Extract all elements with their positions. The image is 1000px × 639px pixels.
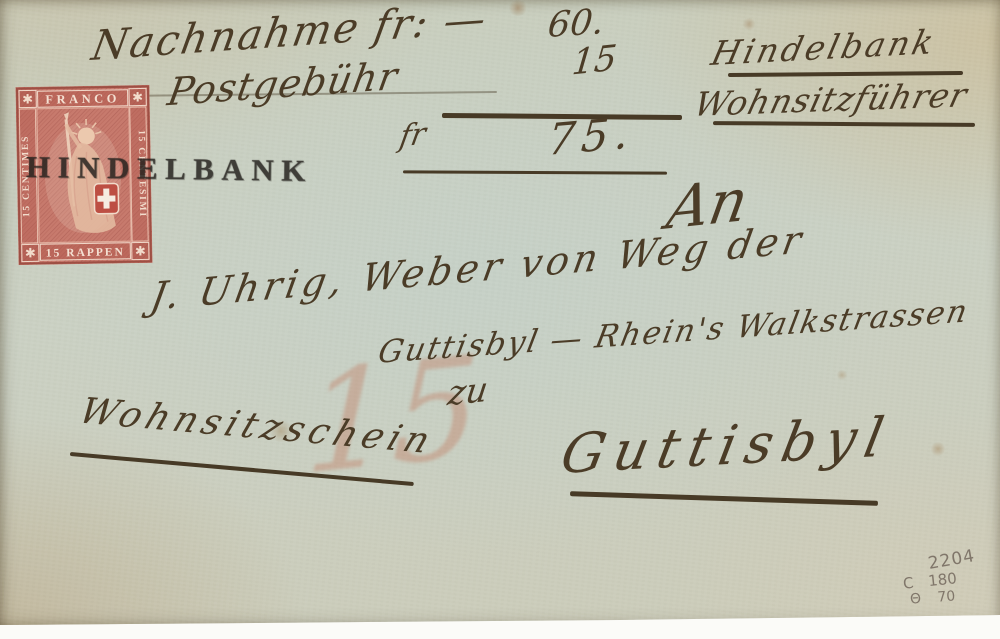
corner-star-tl: ✱: [22, 91, 33, 106]
origin-line2: Wohnsitzführer: [690, 75, 972, 124]
address-destination: Guttisbyl: [556, 405, 898, 486]
hindelbank-postmark: HINDELBANK: [26, 149, 313, 189]
address-zu: zu: [445, 370, 490, 415]
sum-line-lower: [403, 170, 667, 174]
envelope-cover: 15 Nachnahme fr: — 60. 15 Postgebühr fr …: [0, 0, 1000, 626]
origin-underline2: [713, 121, 975, 127]
pencil-note-3: Θ 70: [909, 588, 955, 607]
corner-star-tr: ✱: [132, 89, 143, 104]
corner-star-br: ✱: [135, 243, 146, 258]
stain: [930, 442, 946, 456]
amount-15: 15: [570, 38, 619, 83]
total-currency: fr: [397, 116, 429, 155]
amount-60: 60.: [546, 2, 606, 46]
stain: [836, 370, 848, 380]
stamp-franco-label: FRANCO: [45, 91, 120, 106]
destination-underline: [570, 491, 878, 506]
origin-line1: Hindelbank: [708, 22, 941, 73]
nachnahme-line: Nachnahme fr: —: [88, 0, 491, 70]
address-line2: Guttisbyl — Rhein's Walkstrassen: [375, 293, 972, 371]
stamp-rappen-label: 15 RAPPEN: [46, 246, 125, 259]
stain: [508, 0, 528, 16]
postgebuehr-line: Postgebühr: [164, 54, 401, 115]
corner-star-bl: ✱: [25, 245, 36, 260]
stain: [742, 18, 756, 30]
address-line1: J. Uhrig, Weber von Weg der: [147, 217, 808, 319]
total-amount: 75.: [546, 108, 636, 166]
